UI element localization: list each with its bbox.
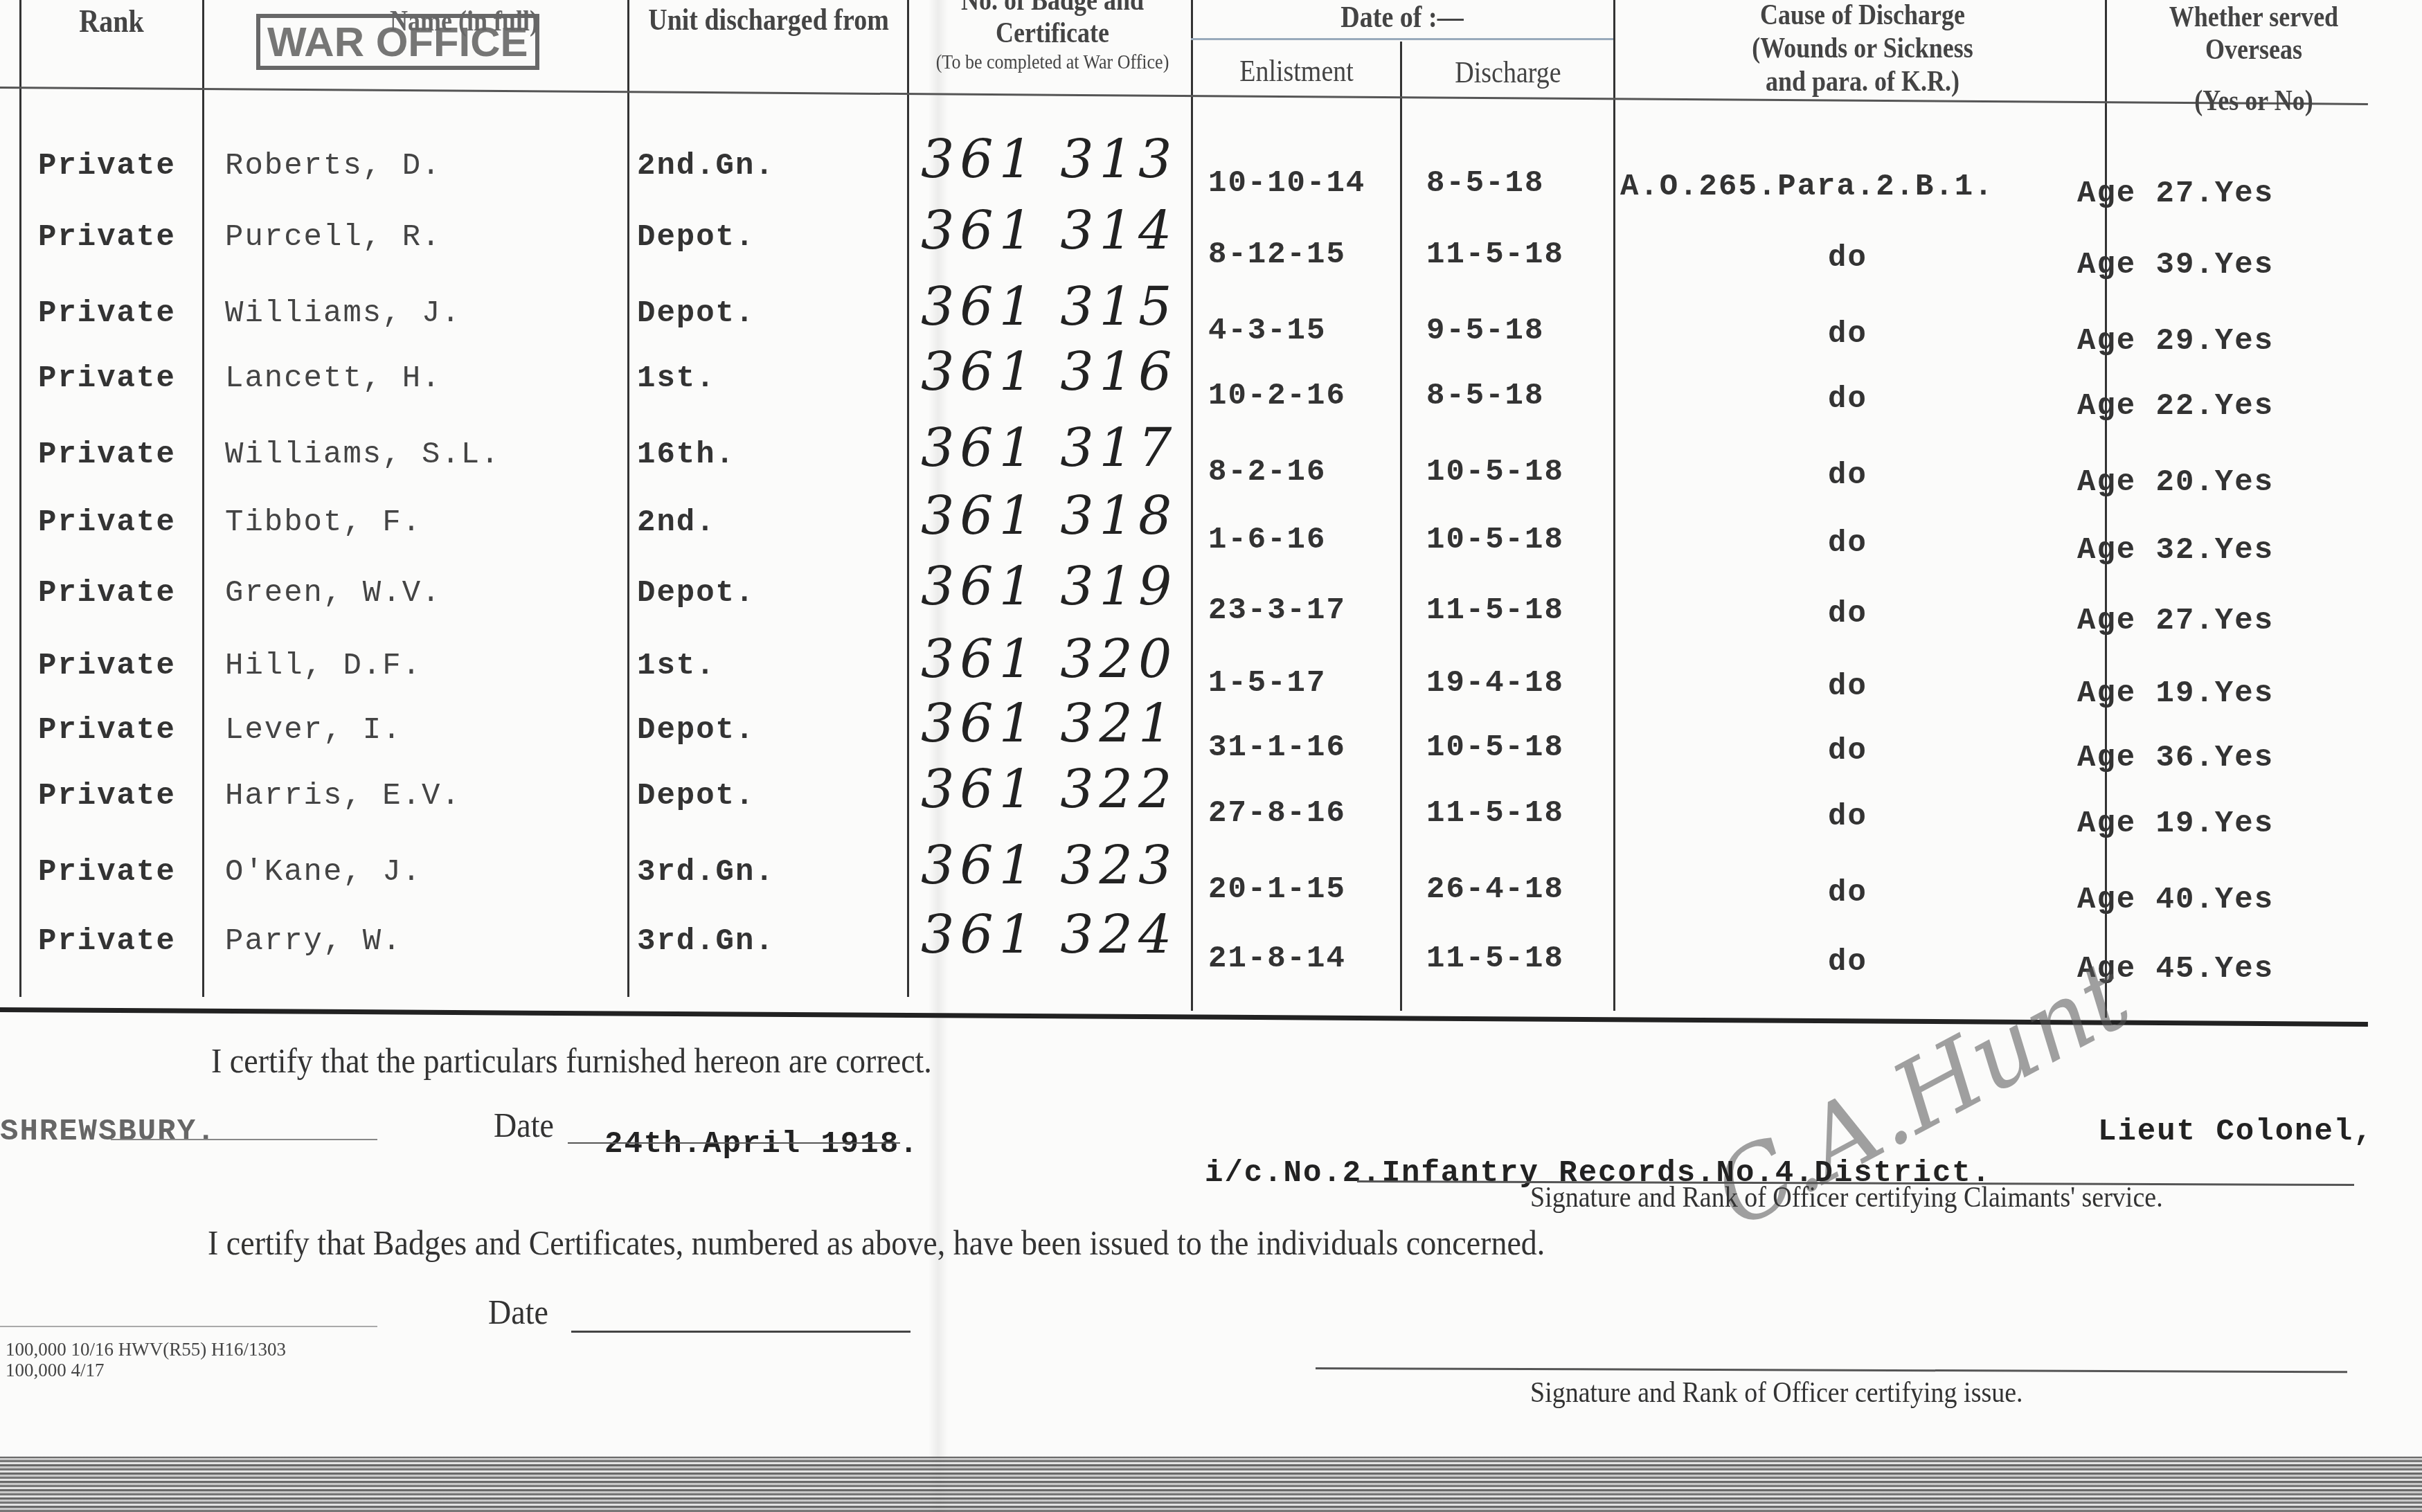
- row-cause: do: [1828, 317, 1867, 352]
- row-overseas: Age 32.Yes: [2077, 533, 2274, 568]
- scan-edge-noise: [0, 1457, 2422, 1512]
- header-name: Name (in full): [360, 5, 568, 38]
- row-rank: Private: [38, 924, 176, 959]
- row-rank: Private: [38, 779, 176, 813]
- place-underline: [111, 1139, 377, 1140]
- row-discharge-date: 8-5-18: [1426, 379, 1544, 413]
- date-underline-2: [571, 1331, 911, 1333]
- row-unit: 1st.: [637, 361, 716, 396]
- print-info: 100,000 10/16 HWV(R55) H16/1303 100,000 …: [6, 1340, 286, 1380]
- row-overseas: Age 19.Yes: [2077, 676, 2274, 711]
- header-overseas: Whether served Overseas (Yes or No): [2108, 1, 2399, 117]
- row-name: Hill, D.F.: [225, 649, 422, 683]
- row-name: Roberts, D.: [225, 149, 441, 183]
- row-unit: 2nd.Gn.: [637, 149, 775, 183]
- column-divider: [2105, 0, 2107, 1018]
- row-cause: do: [1828, 597, 1867, 631]
- row-cause: do: [1828, 945, 1867, 980]
- row-cause: do: [1828, 458, 1867, 493]
- place-of-issue: SHREWSBURY.: [0, 1115, 216, 1149]
- row-cause: do: [1828, 734, 1867, 768]
- row-rank: Private: [38, 220, 176, 255]
- row-name: Purcell, R.: [225, 220, 441, 255]
- row-cause: do: [1828, 669, 1867, 704]
- row-badge-number: 361 320: [921, 628, 1177, 690]
- row-badge-number: 361 319: [921, 555, 1177, 617]
- row-name: Parry, W.: [225, 924, 402, 959]
- row-badge-number: 361 324: [921, 903, 1177, 965]
- row-enlistment-date: 27-8-16: [1208, 796, 1346, 831]
- row-unit: Depot.: [637, 576, 755, 611]
- header-discharge: Discharge: [1404, 56, 1612, 91]
- signature-caption-2: Signature and Rank of Officer certifying…: [1530, 1376, 2023, 1410]
- row-unit: 2nd.: [637, 505, 716, 540]
- row-badge-number: 361 315: [921, 276, 1177, 337]
- header-subdivider: [1191, 38, 1613, 40]
- row-unit: Depot.: [637, 713, 755, 748]
- row-enlistment-date: 4-3-15: [1208, 314, 1326, 348]
- row-name: O'Kane, J.: [225, 855, 422, 890]
- row-discharge-date: 11-5-18: [1426, 796, 1564, 831]
- row-discharge-date: 10-5-18: [1426, 455, 1564, 489]
- row-overseas: Age 36.Yes: [2077, 741, 2274, 775]
- row-enlistment-date: 1-5-17: [1208, 666, 1326, 701]
- date-label: Date: [494, 1104, 554, 1144]
- row-overseas: Age 19.Yes: [2077, 807, 2274, 841]
- row-rank: Private: [38, 438, 176, 472]
- row-enlistment-date: 20-1-15: [1208, 872, 1346, 907]
- row-discharge-date: 11-5-18: [1426, 237, 1564, 272]
- row-badge-number: 361 317: [921, 417, 1177, 478]
- row-badge-number: 361 318: [921, 485, 1177, 546]
- row-overseas: Age 29.Yes: [2077, 324, 2274, 359]
- row-discharge-date: 11-5-18: [1426, 593, 1564, 628]
- row-badge-number: 361 323: [921, 834, 1177, 896]
- date-label-2: Date: [488, 1291, 548, 1331]
- row-overseas: Age 40.Yes: [2077, 883, 2274, 917]
- certification-statement-2: I certify that Badges and Certificates, …: [208, 1222, 1545, 1262]
- row-cause: A.O.265.Para.2.B.1.: [1620, 170, 1994, 204]
- row-rank: Private: [38, 649, 176, 683]
- column-divider: [19, 0, 21, 997]
- row-unit: 3rd.Gn.: [637, 924, 775, 959]
- row-enlistment-date: 8-2-16: [1208, 455, 1326, 489]
- header-badge-no: No. of Badge and Certificate (To be comp…: [921, 0, 1184, 74]
- row-discharge-date: 11-5-18: [1426, 942, 1564, 976]
- row-discharge-date: 26-4-18: [1426, 872, 1564, 907]
- header-badge-note: (To be completed at War Office): [921, 51, 1184, 74]
- row-badge-number: 361 314: [921, 199, 1177, 261]
- column-divider: [1613, 0, 1615, 1011]
- row-discharge-date: 9-5-18: [1426, 314, 1544, 348]
- row-unit: Depot.: [637, 220, 755, 255]
- row-rank: Private: [38, 361, 176, 396]
- column-divider: [907, 0, 909, 997]
- row-enlistment-date: 8-12-15: [1208, 237, 1346, 272]
- row-cause: do: [1828, 526, 1867, 561]
- row-overseas: Age 27.Yes: [2077, 604, 2274, 638]
- row-unit: 16th.: [637, 438, 735, 472]
- row-enlistment-date: 31-1-16: [1208, 730, 1346, 765]
- row-discharge-date: 19-4-18: [1426, 666, 1564, 701]
- row-discharge-date: 10-5-18: [1426, 523, 1564, 557]
- discharge-register-page: Rank WAR OFFICE Name (in full) Unit disc…: [0, 0, 2422, 1512]
- row-badge-number: 361 316: [921, 341, 1177, 402]
- row-enlistment-date: 1-6-16: [1208, 523, 1326, 557]
- row-discharge-date: 10-5-18: [1426, 730, 1564, 765]
- row-unit: 1st.: [637, 649, 716, 683]
- column-divider: [1400, 42, 1402, 1011]
- row-name: Williams, J.: [225, 296, 461, 331]
- row-badge-number: 361 321: [921, 692, 1177, 754]
- row-enlistment-date: 21-8-14: [1208, 942, 1346, 976]
- row-cause: do: [1828, 241, 1867, 276]
- row-name: Williams, S.L.: [225, 438, 501, 472]
- column-divider: [202, 0, 204, 997]
- left-underline: [0, 1326, 377, 1327]
- header-unit: Unit discharged from: [637, 3, 900, 38]
- row-discharge-date: 8-5-18: [1426, 166, 1544, 201]
- row-badge-number: 361 313: [921, 128, 1177, 190]
- row-overseas: Age 20.Yes: [2077, 465, 2274, 500]
- row-name: Harris, E.V.: [225, 779, 461, 813]
- row-overseas: Age 22.Yes: [2077, 389, 2274, 424]
- signature-line-2: [1316, 1367, 2347, 1373]
- row-unit: Depot.: [637, 296, 755, 331]
- row-overseas: Age 27.Yes: [2077, 177, 2274, 211]
- row-name: Lancett, H.: [225, 361, 441, 396]
- row-rank: Private: [38, 855, 176, 890]
- certification-statement-1: I certify that the particulars furnished…: [211, 1040, 932, 1080]
- row-unit: 3rd.Gn.: [637, 855, 775, 890]
- row-rank: Private: [38, 149, 176, 183]
- row-unit: Depot.: [637, 779, 755, 813]
- row-rank: Private: [38, 505, 176, 540]
- column-divider: [1191, 0, 1193, 1011]
- row-rank: Private: [38, 713, 176, 748]
- officer-rank: Lieut Colonel,: [2098, 1115, 2374, 1149]
- date-underline: [568, 1142, 900, 1144]
- header-rank: Rank: [21, 3, 202, 40]
- row-name: Tibbot, F.: [225, 505, 422, 540]
- header-enlistment: Enlistment: [1194, 55, 1399, 89]
- row-enlistment-date: 10-10-14: [1208, 166, 1365, 201]
- row-cause: do: [1828, 382, 1867, 417]
- row-name: Lever, I.: [225, 713, 402, 748]
- row-enlistment-date: 10-2-16: [1208, 379, 1346, 413]
- header-date-of: Date of :—: [1194, 1, 1610, 35]
- row-rank: Private: [38, 576, 176, 611]
- row-badge-number: 361 322: [921, 758, 1177, 820]
- column-divider: [627, 0, 629, 997]
- row-name: Green, W.V.: [225, 576, 441, 611]
- date-value: 24th.April 1918.: [604, 1127, 919, 1162]
- row-rank: Private: [38, 296, 176, 331]
- row-cause: do: [1828, 800, 1867, 834]
- row-enlistment-date: 23-3-17: [1208, 593, 1346, 628]
- header-cause: Cause of Discharge (Wounds or Sickness a…: [1620, 0, 2105, 98]
- row-cause: do: [1828, 876, 1867, 910]
- row-overseas: Age 39.Yes: [2077, 248, 2274, 282]
- signature-caption-1: Signature and Rank of Officer certifying…: [1530, 1181, 2163, 1214]
